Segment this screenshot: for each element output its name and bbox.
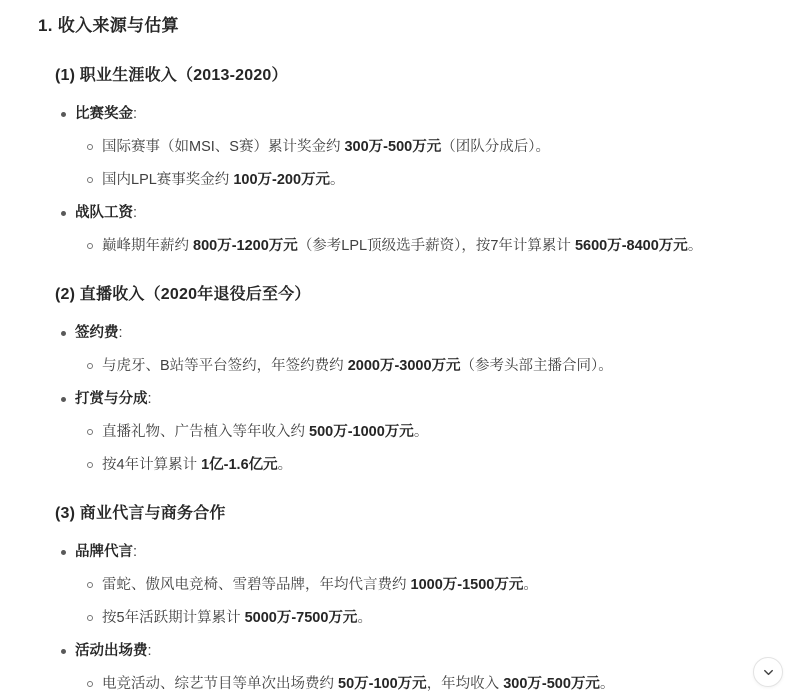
bullet-disc-icon (61, 211, 66, 216)
bullet-circle-icon (87, 582, 93, 588)
list-item-label: 活动出场费 (75, 643, 148, 659)
text-run-bold: 100万-200万元 (233, 172, 330, 188)
section-heading-2: (2) 直播收入（2020年退役后至今） (55, 284, 786, 305)
text-run: 国内LPL赛事奖金约 (102, 172, 233, 188)
text-run-bold: 5600万-8400万元 (575, 238, 688, 254)
list-section-2: 签约费: 与虎牙、B站等平台签约，年签约费约 2000万-3000万元（参考头部… (60, 324, 786, 475)
text-run: 。 (414, 424, 429, 440)
bullet-disc-icon (61, 397, 66, 402)
text-run-bold: 1000万-1500万元 (411, 577, 524, 593)
text-run: 。 (357, 610, 372, 626)
bullet-circle-icon (87, 615, 93, 621)
text-run-bold: 2000万-3000万元 (348, 358, 461, 374)
scroll-to-bottom-button[interactable] (753, 657, 783, 687)
list-item: 直播礼物、广告植入等年收入约 500万-1000万元。 (87, 423, 786, 442)
list-item-label: 战队工资 (75, 205, 133, 221)
text-run: 。 (523, 577, 538, 593)
bullet-circle-icon (87, 462, 93, 468)
list-item: 巅峰期年薪约 800万-1200万元（参考LPL顶级选手薪资），按7年计算累计 … (87, 237, 786, 256)
text-run: : (148, 643, 152, 659)
list-item: 战队工资: 巅峰期年薪约 800万-1200万元（参考LPL顶级选手薪资），按7… (60, 204, 786, 256)
bullet-circle-icon (87, 429, 93, 435)
page-title: 1. 收入来源与估算 (38, 14, 786, 37)
text-run: : (133, 205, 137, 221)
text-run-bold: 800万-1200万元 (193, 238, 298, 254)
text-run: （团队分成后）。 (441, 139, 550, 155)
text-run: 电竞活动、综艺节目等单次出场费约 (102, 676, 338, 692)
text-run: （参考头部主播合同）。 (461, 358, 613, 374)
list-item-label: 品牌代言 (75, 544, 133, 560)
bullet-circle-icon (87, 177, 93, 183)
list-item: 活动出场费: 电竞活动、综艺节目等单次出场费约 50万-100万元，年均收入 3… (60, 642, 786, 694)
list-item-label: 打赏与分成 (75, 391, 148, 407)
sublist: 与虎牙、B站等平台签约，年签约费约 2000万-3000万元（参考头部主播合同）… (87, 357, 786, 376)
text-run: : (148, 391, 152, 407)
bullet-disc-icon (61, 649, 66, 654)
list-item: 与虎牙、B站等平台签约，年签约费约 2000万-3000万元（参考头部主播合同）… (87, 357, 786, 376)
list-item: 雷蛇、傲风电竞椅、雪碧等品牌，年均代言费约 1000万-1500万元。 (87, 576, 786, 595)
text-run: 与虎牙、B站等平台签约，年签约费约 (102, 358, 348, 374)
text-run: : (133, 544, 137, 560)
sublist: 电竞活动、综艺节目等单次出场费约 50万-100万元，年均收入 300万-500… (87, 675, 786, 694)
text-run: （参考LPL顶级选手薪资），按7年计算累计 (298, 238, 575, 254)
text-run: : (119, 325, 123, 341)
text-run: 按4年计算累计 (102, 457, 201, 473)
chevron-down-icon (761, 665, 776, 680)
text-run: 按5年活跃期计算累计 (102, 610, 245, 626)
text-run-bold: 300万-500万元 (344, 139, 441, 155)
sublist: 直播礼物、广告植入等年收入约 500万-1000万元。 按4年计算累计 1亿-1… (87, 423, 786, 475)
sublist: 雷蛇、傲风电竞椅、雪碧等品牌，年均代言费约 1000万-1500万元。 按5年活… (87, 576, 786, 628)
list-item: 国内LPL赛事奖金约 100万-200万元。 (87, 171, 786, 190)
document-body: 1. 收入来源与估算 (1) 职业生涯收入（2013-2020） 比赛奖金: 国… (0, 0, 786, 694)
section-heading-3: (3) 商业代言与商务合作 (55, 503, 786, 524)
text-run: 雷蛇、傲风电竞椅、雪碧等品牌，年均代言费约 (102, 577, 411, 593)
text-run: 。 (330, 172, 345, 188)
text-run-bold: 500万-1000万元 (309, 424, 414, 440)
sublist: 国际赛事（如MSI、S赛）累计奖金约 300万-500万元（团队分成后）。 国内… (87, 138, 786, 190)
bullet-disc-icon (61, 331, 66, 336)
text-run: 。 (600, 676, 615, 692)
list-item: 电竞活动、综艺节目等单次出场费约 50万-100万元，年均收入 300万-500… (87, 675, 786, 694)
list-item: 国际赛事（如MSI、S赛）累计奖金约 300万-500万元（团队分成后）。 (87, 138, 786, 157)
sublist: 巅峰期年薪约 800万-1200万元（参考LPL顶级选手薪资），按7年计算累计 … (87, 237, 786, 256)
text-run-bold: 5000万-7500万元 (245, 610, 358, 626)
text-run: : (133, 106, 137, 122)
text-run: 巅峰期年薪约 (102, 238, 193, 254)
bullet-circle-icon (87, 363, 93, 369)
text-run-bold: 300万-500万元 (503, 676, 600, 692)
list-item: 品牌代言: 雷蛇、傲风电竞椅、雪碧等品牌，年均代言费约 1000万-1500万元… (60, 543, 786, 628)
list-item: 按5年活跃期计算累计 5000万-7500万元。 (87, 609, 786, 628)
text-run: 国际赛事（如MSI、S赛）累计奖金约 (102, 139, 344, 155)
list-item: 签约费: 与虎牙、B站等平台签约，年签约费约 2000万-3000万元（参考头部… (60, 324, 786, 376)
bullet-disc-icon (61, 112, 66, 117)
bullet-circle-icon (87, 243, 93, 249)
list-item: 打赏与分成: 直播礼物、广告植入等年收入约 500万-1000万元。 按4年计算… (60, 390, 786, 475)
list-section-1: 比赛奖金: 国际赛事（如MSI、S赛）累计奖金约 300万-500万元（团队分成… (60, 105, 786, 256)
list-item-label: 签约费 (75, 325, 119, 341)
bullet-disc-icon (61, 550, 66, 555)
text-run: 。 (688, 238, 703, 254)
text-run: ，年均收入 (427, 676, 504, 692)
text-run-bold: 50万-100万元 (338, 676, 427, 692)
bullet-circle-icon (87, 681, 93, 687)
text-run-bold: 1亿-1.6亿元 (201, 457, 278, 473)
list-item: 按4年计算累计 1亿-1.6亿元。 (87, 456, 786, 475)
text-run: 。 (278, 457, 293, 473)
text-run: 直播礼物、广告植入等年收入约 (102, 424, 309, 440)
list-item-label: 比赛奖金 (75, 106, 133, 122)
section-heading-1: (1) 职业生涯收入（2013-2020） (55, 65, 786, 86)
list-item: 比赛奖金: 国际赛事（如MSI、S赛）累计奖金约 300万-500万元（团队分成… (60, 105, 786, 190)
list-section-3: 品牌代言: 雷蛇、傲风电竞椅、雪碧等品牌，年均代言费约 1000万-1500万元… (60, 543, 786, 694)
bullet-circle-icon (87, 144, 93, 150)
